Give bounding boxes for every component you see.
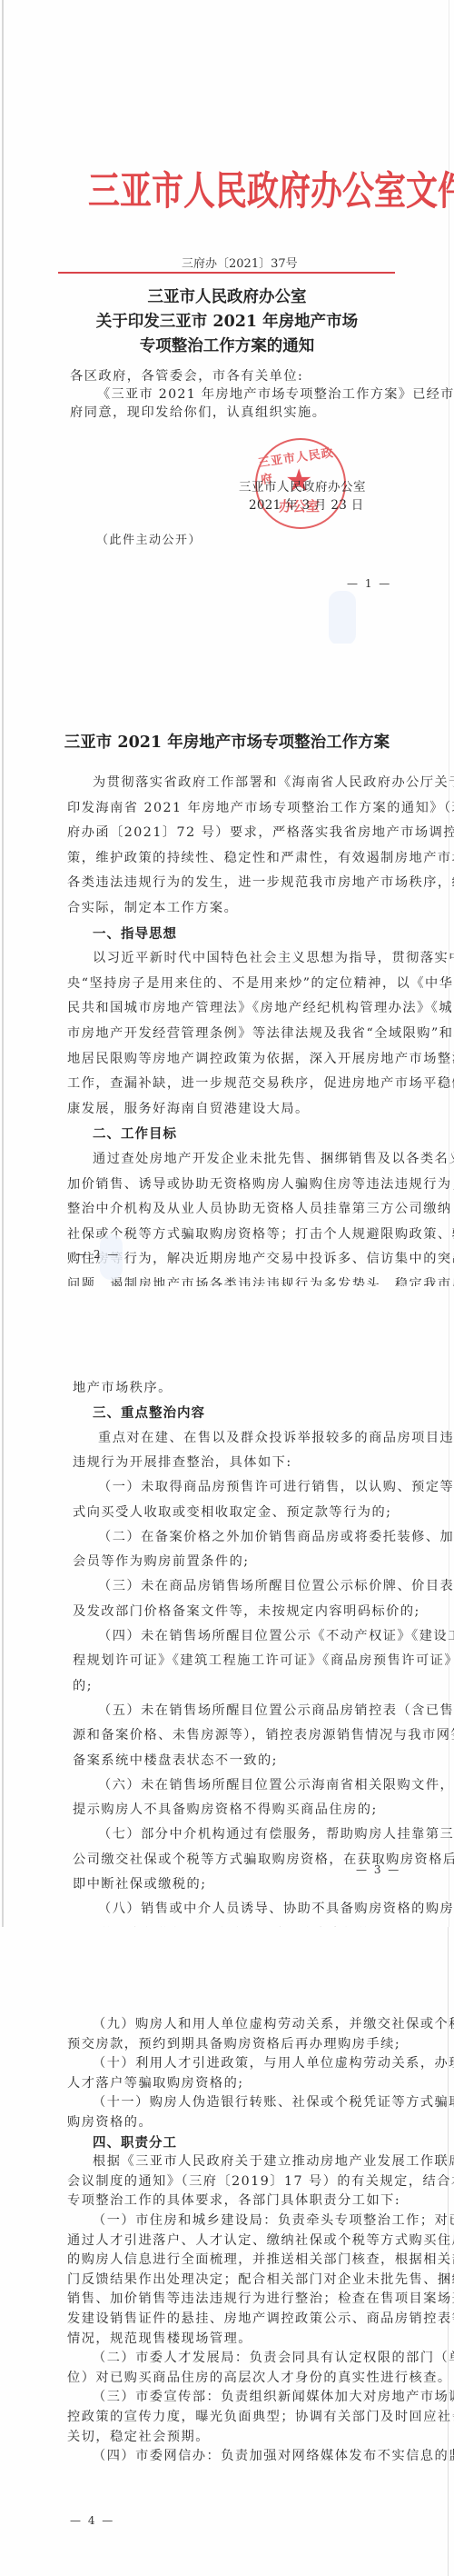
page-number: — 2 — [75,1248,120,1261]
page-edge [2,1286,4,1927]
paragraph-line: 人才落户等骗取购房资格的; [67,2073,244,2092]
paragraph-line: （九）购房人和用人单位虚构劳动关系，并缴交社保或个税， [93,2014,454,2032]
paragraph-line: 康发展，服务好海南自贸港建设大局。 [67,1099,310,1117]
scan-artifact [329,591,356,645]
paragraph-line: 违规行为开展排查整治，具体如下: [73,1453,292,1471]
paragraph-line: 的购房人信息进行全面梳理，并推送相关部门核查，根据相关部 [67,2250,454,2268]
paragraph-line: 会议制度的通知》（三府〔2019〕17 号）的有关规定，结合本次 [67,2172,454,2190]
paragraph-line: 的; [73,1676,93,1694]
section-heading: 四、职责分工 [93,2132,177,2152]
paragraph-line: 及发改部门价格备案文件等，未按规定内容明码标价的; [73,1602,420,1620]
paragraph-line: 销售、加价销售等违法违规行为进行整治；检查在售项目案场开 [67,2289,454,2307]
paragraph-line: 地居民限购等房地产调控政策为依据，深入开展房地产市场整治 [67,1049,454,1067]
paragraph-line: 市房地产开发经营管理条例》等法律法规及我省“全域限购”和本 [67,1023,454,1042]
paragraph-line: 民共和国城市房地产管理法》《房地产经纪机构管理办法》《城 [67,998,453,1016]
paragraph-line: 重点对在建、在售以及群众投诉举报较多的商品房项目违法 [98,1428,454,1446]
page-1: 三亚市人民政府办公室文件 三府办〔2021〕37号 三亚市人民政府办公室 关于印… [0,0,454,644]
paragraph-line: 情况，规范现售楼现场管理。 [67,2329,252,2347]
paragraph-line: （一）市住房和城乡建设局：负责牵头专项整治工作；对已 [93,2211,454,2229]
paragraph-line: 关切，稳定社会预期。 [67,2427,210,2445]
page-number: — 1 — [347,577,391,590]
paragraph-line: （七）部分中介机构通过有偿服务，帮助购房人挂靠第三方 [98,1824,454,1842]
paragraph-line: 整治中介机构及从业人员协助无资格人员挂靠第三方公司缴纳 [67,1199,452,1217]
paragraph-line: （二）市委人才发展局：负责会同具有认定权限的部门（单 [93,2348,454,2366]
paragraph-line: （六）未在销售场所醒目位置公示海南省相关限购文件，未 [98,1775,454,1793]
paragraph-line: 发建设销售证件的悬挂、房地产调控政策公示、商品房销控表等 [67,2309,454,2327]
paragraph-line: 源和备案价格、未售房源等），销控表房源销售情况与我市网签 [73,1725,454,1743]
paragraph-line: 购房资格的。 [67,2112,153,2131]
paragraph-line: （三）未在商品房销售场所醒目位置公示标价牌、价目表、 [98,1576,454,1594]
paragraph-line: 式向买受人收取或变相收取定金、预定款等行为的; [73,1503,391,1521]
paragraph-line: 专项整治工作的具体要求，各部门具体职责分工如下: [67,2191,400,2209]
paragraph-line: 印发海南省 2021 年房地产市场专项整治工作方案的通知》（琼 [67,798,454,816]
salutation: 各区政府，各管委会，市各有关单位: [70,366,303,384]
paragraph-line: （一）未取得商品房预售许可进行销售，以认购、预定等方 [98,1477,454,1495]
paragraph-line: 提示购房人不具备购房资格不得购买商品住房的; [73,1800,378,1818]
paragraph-line: （四）未在销售场所醒目位置公示《不动产权证》《建设工 [98,1626,454,1644]
paragraph-line: 备案系统中楼盘表状态不一致的; [73,1751,278,1769]
header-divider-line [58,272,395,274]
paragraph-line: 门反馈结果作出处理决定；配合相关部门对企业未批先售、捆绑 [67,2270,454,2288]
paragraph-line: （十一）购房人伪造银行转账、社保或个税凭证等方式骗取 [93,2092,454,2111]
paragraph-line: （四）市委网信办：负责加强对网络媒体发布不实信息的监 [93,2446,454,2464]
paragraph-line: 央“坚持房子是用来住的、不是用来炒”的定位精神，以《中华人 [67,973,454,992]
paragraph-line: （十）利用人才引进政策，与用人单位虚构劳动关系，办理 [93,2053,454,2072]
paragraph-line: 预交房款，预约到期具备购房资格后再办理购房手续; [67,2034,400,2052]
page-3: 地产市场秩序。三、重点整治内容重点对在建、在售以及群众投诉举报较多的商品房项目违… [0,1286,454,1927]
paragraph-line: 地产市场秩序。 [73,1378,173,1396]
signature-org: 三亚市人民政府办公室 [239,476,366,494]
notice-body-line: 府同意，现印发给你们，认真组织实施。 [70,403,326,421]
paragraph-line: 购住房等行为，解决近期房地产交易中投诉多、信访集中的突出 [67,1249,454,1267]
page-4: （九）购房人和用人单位虚构劳动关系，并缴交社保或个税，预交房款，预约到期具备购房… [0,1927,454,2576]
page-number: — 4 — [70,2514,114,2527]
paragraph-line: 通过查处房地产开发企业未批先售、捆绑销售及以各类名义 [93,1149,454,1167]
paragraph-line: 为贯彻落实省政府工作部署和《海南省人民政府办公厅关于 [93,773,454,791]
issuer-header: 三亚市人民政府办公室文件 [88,160,454,217]
paragraph-line: 会员等作为购房前置条件的; [73,1552,250,1570]
paragraph-line: 通过人才引进落户、人才认定、缴纳社保或个税等方式购买住房 [67,2231,454,2249]
paragraph-line: （三）市委宣传部：负责组织新闻媒体加大对房地产市场调 [93,2387,454,2405]
paragraph-line: 各类违法违规行为的发生，进一步规范我市房地产市场秩序，结 [67,873,454,891]
section-heading: 一、指导思想 [93,924,177,943]
paragraph-line: （五）未在销售场所醒目位置公示商品房销控表（含已售房 [98,1701,454,1719]
disclosure-note: （此件主动公开） [96,530,202,547]
paragraph-line: 控政策的宣传力度，曝光负面典型；协调有关部门及时回应社会 [67,2407,454,2425]
page-number: — 3 — [356,1863,400,1876]
section-heading: 二、工作目标 [93,1123,177,1143]
paragraph-line: 以习近平新时代中国特色社会主义思想为指导，贯彻落实中 [93,948,454,966]
notice-title-line-2: 关于印发三亚市 2021 年房地产市场 [0,309,454,332]
notice-title-line-1: 三亚市人民政府办公室 [0,285,454,307]
paragraph-line: 加价销售、诱导或协助无资格购房人骗购住房等违法违规行为； [67,1174,454,1193]
paragraph-line: 根据《三亚市人民政府关于建立推动房地产业发展工作联席 [93,2152,454,2170]
notice-title-line-3: 专项整治工作方案的通知 [0,334,454,356]
paragraph-line: 即中断社保或缴税的; [73,1874,206,1892]
notice-body-line: 《三亚市 2021 年房地产市场专项整治工作方案》已经市政 [97,384,454,403]
paragraph-line: 位）对已购买商品住房的高层次人才身份的真实性进行核查。 [67,2368,452,2386]
signature-date: 2021 年 3 月 23 日 [249,494,364,513]
paragraph-line: 程规划许可证》《建筑工程施工许可证》《商品房预售许可证》 [73,1651,454,1669]
paragraph-line: 工作，查漏补缺，进一步规范交易秩序，促进房地产市场平稳健 [67,1073,454,1092]
paragraph-line: 社保或个税等方式骗取购房资格等；打击个人规避限购政策、骗 [67,1224,454,1243]
paragraph-line: 策，维护政策的持续性、稳定性和严肃性，有效遏制房地产市场 [67,848,454,866]
plan-title: 三亚市 2021 年房地产市场专项整治工作方案 [0,730,454,753]
paragraph-line: 合实际，制定本工作方案。 [67,898,238,916]
page-2: 三亚市 2021 年房地产市场专项整治工作方案 为贯彻落实省政府工作部署和《海南… [0,644,454,1286]
document-number: 三府办〔2021〕37号 [182,254,298,271]
paragraph-line: 府办函〔2021〕72 号）要求，严格落实我省房地产市场调控政 [67,823,454,841]
paragraph-line: （八）销售或中介人员诱导、协助不具备购房资格的购房人 [98,1899,454,1917]
section-heading: 三、重点整治内容 [93,1403,205,1422]
paragraph-line: （二）在备案价格之外加价销售商品房或将委托装修、加入 [98,1527,454,1545]
